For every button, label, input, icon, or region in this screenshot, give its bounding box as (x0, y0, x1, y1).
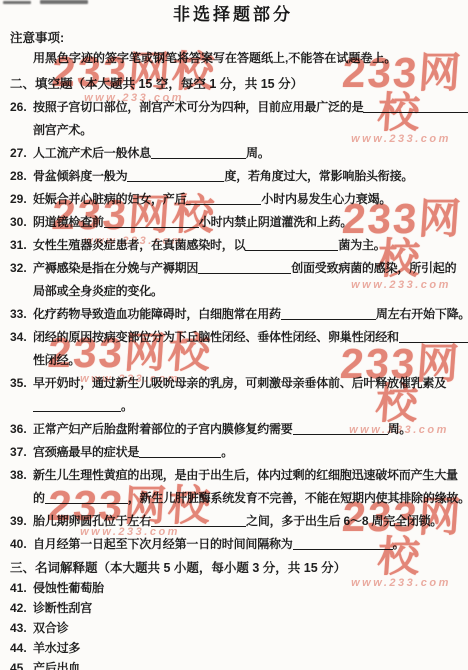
question-number: 33. (10, 303, 33, 326)
section-heading: 二、填空题（本大题共 15 空，每空 1 分，共 15 分） (10, 76, 456, 92)
question-line: 45.产后出血 (10, 658, 456, 670)
question-line: 31.女性生殖器炎症患者，在真菌感染时，以菌为主。 (10, 234, 456, 257)
question-text: 小时内易发生心力衰竭。 (261, 192, 391, 206)
exam-content: 非选择题部分 注意事项: 用黑色字迹的签字笔或钢笔将答案写在答题纸上,不能答在试… (0, 0, 468, 670)
question-text: 阴道镜检查前 (33, 215, 104, 229)
question-text: 创面受致病菌的感染，所引起的 (291, 261, 456, 275)
question-text: 宫颈癌最早的症状是 (33, 445, 139, 459)
question-number: 36. (10, 418, 33, 441)
question-text: 周。 (246, 146, 270, 160)
question-36: 36.正常产妇产后胎盘附着部位的子宫内膜修复约需要周。 (10, 418, 456, 441)
page-title: 非选择题部分 (10, 4, 456, 26)
question-34: 34.闭经的原因按病变部位分为下丘脑性闭经、垂体性闭经、卵巢性闭经和性闭经。 (10, 326, 456, 372)
answer-blank (151, 145, 246, 159)
question-44: 44.羊水过多 (10, 638, 456, 658)
question-number: 42. (10, 598, 33, 618)
question-text: 菌为主。 (338, 238, 385, 252)
question-text: 侵蚀性葡萄胎 (33, 581, 104, 595)
question-text: 。 (393, 537, 405, 551)
question-line: 。 (10, 395, 456, 418)
answer-blank (198, 260, 291, 274)
question-29: 29.妊娠合并心脏病的妇女，产后小时内易发生心力衰竭。 (10, 188, 456, 211)
question-text: 闭经的原因按病变部位分为下丘脑性闭经、垂体性闭经、卵巢性闭经和 (33, 330, 399, 344)
question-number: 41. (10, 578, 33, 598)
question-40: 40.自月经第一日起至下次月经第一日的时间间隔称为。 (10, 533, 456, 556)
question-text: 周左右开始下降。 (376, 307, 468, 321)
exam-page: 非选择题部分 注意事项: 用黑色字迹的签字笔或钢笔将答案写在答题纸上,不能答在试… (0, 0, 468, 670)
question-text: 度，若角度过大，常影响胎头衔接。 (224, 169, 413, 183)
question-text: 胎儿期卵圆孔位于左右 (33, 514, 151, 528)
question-line: 43.双合诊 (10, 618, 456, 638)
question-text: 的 (33, 491, 45, 505)
notice-heading: 注意事项: (10, 30, 456, 46)
question-line: 34.闭经的原因按病变部位分为下丘脑性闭经、垂体性闭经、卵巢性闭经和 (10, 326, 456, 349)
question-number: 40. (10, 533, 33, 556)
question-line: 42.诊断性刮宫 (10, 598, 456, 618)
question-line: 37.宫颈癌最早的症状是。 (10, 441, 456, 464)
question-number: 44. (10, 638, 33, 658)
question-line: 29.妊娠合并心脏病的妇女，产后小时内易发生心力衰竭。 (10, 188, 456, 211)
question-32: 32.产褥感染是指在分娩与产褥期因创面受致病菌的感染，所引起的局部或全身炎症的变… (10, 257, 456, 303)
question-number: 34. (10, 326, 33, 349)
question-line: 41.侵蚀性葡萄胎 (10, 578, 456, 598)
question-text: 产褥感染是指在分娩与产褥期因 (33, 261, 198, 275)
question-number: 37. (10, 441, 33, 464)
answer-blank (186, 191, 261, 205)
question-number: 30. (10, 211, 33, 234)
question-41: 41.侵蚀性葡萄胎 (10, 578, 456, 598)
answer-blank (104, 214, 199, 228)
question-line: 的，新生儿肝脏酶系统发育不完善，不能在短期内使其排除的缘故。 (10, 487, 456, 510)
question-text: 人工流产术后一般休息 (33, 146, 151, 160)
question-39: 39.胎儿期卵圆孔位于左右之间，多于出生后 6～8 周完全闭锁。 (10, 510, 456, 533)
question-text: 羊水过多 (33, 641, 80, 655)
question-number: 32. (10, 257, 33, 280)
question-number: 29. (10, 188, 33, 211)
answer-blank (399, 329, 468, 343)
question-number: 45. (10, 658, 33, 670)
question-text: 。 (121, 399, 133, 413)
question-text: 剖宫产术。 (33, 123, 92, 137)
question-text: 正常产妇产后胎盘附着部位的子宫内膜修复约需要 (33, 422, 293, 436)
question-text: 小时内禁止阴道灌洗和上药。 (199, 215, 352, 229)
question-37: 37.宫颈癌最早的症状是。 (10, 441, 456, 464)
question-line: 44.羊水过多 (10, 638, 456, 658)
question-text: 诊断性刮宫 (33, 601, 92, 615)
question-line: 32.产褥感染是指在分娩与产褥期因创面受致病菌的感染，所引起的 (10, 257, 456, 280)
question-text: 按照子宫切口部位，剖宫产术可分为四种，目前应用最广泛的是 (33, 100, 363, 114)
question-number: 26. (10, 96, 33, 119)
question-text: 骨盆倾斜度一般为 (33, 169, 127, 183)
sections-container: 二、填空题（本大题共 15 空，每空 1 分，共 15 分）26.按照子宫切口部… (10, 76, 456, 670)
question-45: 45.产后出血 (10, 658, 456, 670)
question-38: 38.新生儿生理性黄疸的出现，是由于出生后，体内过剩的红细胞迅速破坏而产生大量的… (10, 464, 456, 510)
question-line: 27.人工流产术后一般休息周。 (10, 142, 456, 165)
section-noun: 三、名词解释题（本大题共 5 小题，每小题 3 分，共 15 分）41.侵蚀性葡… (10, 560, 456, 670)
question-text: 自月经第一日起至下次月经第一日的时间间隔称为 (33, 537, 293, 551)
answer-blank (151, 513, 246, 527)
question-line: 36.正常产妇产后胎盘附着部位的子宫内膜修复约需要周。 (10, 418, 456, 441)
question-number: 27. (10, 142, 33, 165)
question-28: 28.骨盆倾斜度一般为度，若角度过大，常影响胎头衔接。 (10, 165, 456, 188)
question-text: 产后出血 (33, 661, 80, 670)
question-number: 39. (10, 510, 33, 533)
section-heading: 三、名词解释题（本大题共 5 小题，每小题 3 分，共 15 分） (10, 560, 456, 576)
question-number: 31. (10, 234, 33, 257)
question-text: 之间，多于出生后 6～8 周完全闭锁。 (246, 514, 442, 528)
question-text: 双合诊 (33, 621, 68, 635)
question-text: 女性生殖器炎症患者，在真菌感染时，以 (33, 238, 245, 252)
answer-blank (45, 490, 128, 504)
question-text: 性闭经。 (33, 353, 80, 367)
question-line: 40.自月经第一日起至下次月经第一日的时间间隔称为。 (10, 533, 456, 556)
question-text: 。 (221, 445, 233, 459)
question-text: 化疗药物导致造血功能障碍时，白细胞常在用药 (33, 307, 281, 321)
answer-blank (127, 168, 224, 182)
answer-blank (245, 237, 338, 251)
question-42: 42.诊断性刮宫 (10, 598, 456, 618)
question-text: 妊娠合并心脏病的妇女，产后 (33, 192, 186, 206)
question-number: 38. (10, 464, 33, 487)
question-line: 33.化疗药物导致造血功能障碍时，白细胞常在用药周左右开始下降。 (10, 303, 456, 326)
question-number: 28. (10, 165, 33, 188)
question-text: 周。 (388, 422, 412, 436)
question-27: 27.人工流产术后一般休息周。 (10, 142, 456, 165)
question-number: 35. (10, 372, 33, 395)
question-text: ，新生儿肝脏酶系统发育不完善，不能在短期内使其排除的缘故。 (128, 491, 468, 505)
section-fill: 二、填空题（本大题共 15 空，每空 1 分，共 15 分）26.按照子宫切口部… (10, 76, 456, 556)
notice-body: 用黑色字迹的签字笔或钢笔将答案写在答题纸上,不能答在试题卷上。 (33, 50, 456, 66)
question-43: 43.双合诊 (10, 618, 456, 638)
question-line: 局部或全身炎症的变化。 (10, 280, 456, 303)
question-33: 33.化疗药物导致造血功能障碍时，白细胞常在用药周左右开始下降。 (10, 303, 456, 326)
question-line: 30.阴道镜检查前小时内禁止阴道灌洗和上药。 (10, 211, 456, 234)
question-26: 26.按照子宫切口部位，剖宫产术可分为四种，目前应用最广泛的是剖宫产术。 (10, 96, 456, 142)
answer-blank (293, 536, 393, 550)
question-31: 31.女性生殖器炎症患者，在真菌感染时，以菌为主。 (10, 234, 456, 257)
question-line: 剖宫产术。 (10, 119, 456, 142)
answer-blank (293, 421, 388, 435)
question-line: 26.按照子宫切口部位，剖宫产术可分为四种，目前应用最广泛的是 (10, 96, 456, 119)
answer-blank (281, 306, 376, 320)
answer-blank (139, 444, 221, 458)
question-line: 28.骨盆倾斜度一般为度，若角度过大，常影响胎头衔接。 (10, 165, 456, 188)
question-line: 性闭经。 (10, 349, 456, 372)
question-text: 早开奶时，通过新生儿吸吮母亲的乳房，可刺激母亲垂体前、后叶释放催乳素及 (33, 376, 446, 390)
question-text: 新生儿生理性黄疸的出现，是由于出生后，体内过剩的红细胞迅速破坏而产生大量 (33, 468, 458, 482)
answer-blank (363, 99, 468, 113)
answer-blank (33, 398, 121, 412)
question-line: 39.胎儿期卵圆孔位于左右之间，多于出生后 6～8 周完全闭锁。 (10, 510, 456, 533)
question-line: 38.新生儿生理性黄疸的出现，是由于出生后，体内过剩的红细胞迅速破坏而产生大量 (10, 464, 456, 487)
question-30: 30.阴道镜检查前小时内禁止阴道灌洗和上药。 (10, 211, 456, 234)
question-35: 35.早开奶时，通过新生儿吸吮母亲的乳房，可刺激母亲垂体前、后叶释放催乳素及。 (10, 372, 456, 418)
question-line: 35.早开奶时，通过新生儿吸吮母亲的乳房，可刺激母亲垂体前、后叶释放催乳素及 (10, 372, 456, 395)
question-text: 局部或全身炎症的变化。 (33, 284, 163, 298)
question-number: 43. (10, 618, 33, 638)
